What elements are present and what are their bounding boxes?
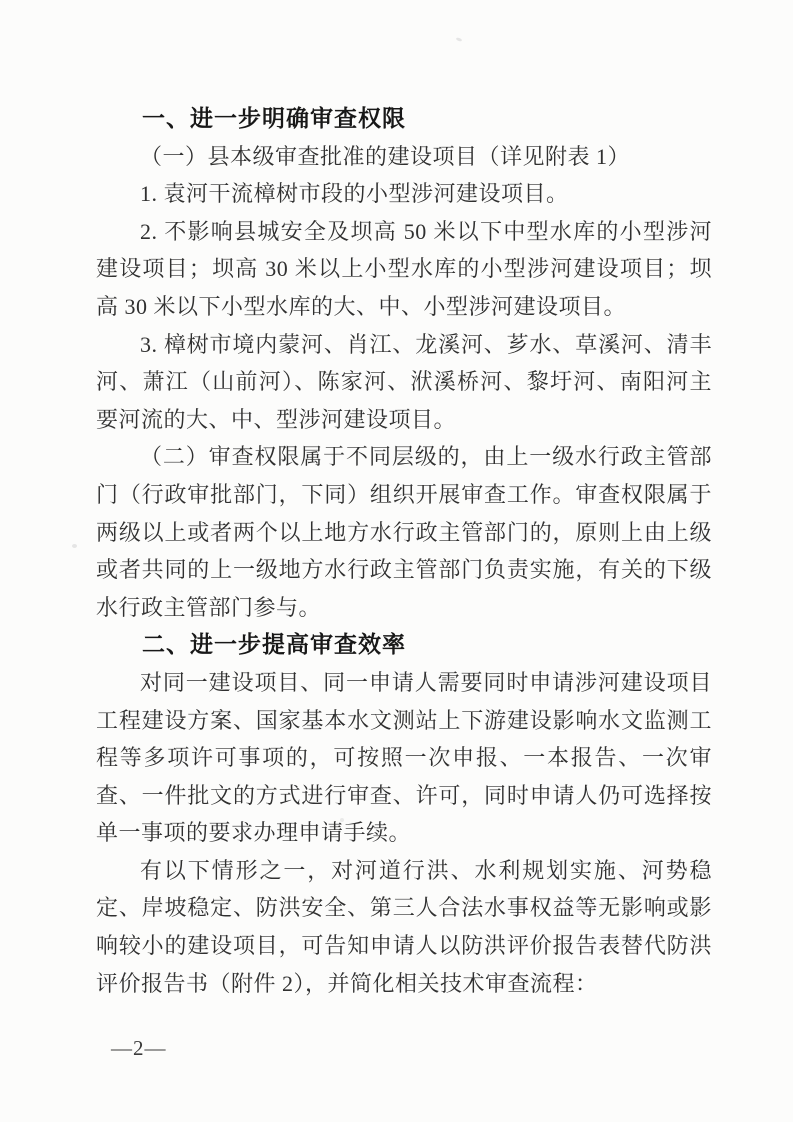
scan-speck <box>72 544 77 548</box>
paragraph-list-item-2: 2. 不影响县城安全及坝高 50 米以下中型水库的小型涉河建设项目；坝高 30 … <box>96 213 712 326</box>
section-heading-1: 一、进一步明确审查权限 <box>96 100 712 138</box>
paragraph-list-item-1: 1. 袁河干流樟树市段的小型涉河建设项目。 <box>96 175 712 213</box>
page-number: —2— <box>111 1036 167 1061</box>
section-heading-2: 二、进一步提高审查效率 <box>96 626 712 664</box>
scan-speck <box>456 37 463 42</box>
scan-speck <box>222 147 227 149</box>
paragraph-combined-permits: 对同一建设项目、同一申请人需要同时申请涉河建设项目工程建设方案、国家基本水文测站… <box>96 664 712 852</box>
paragraph-list-item-3: 3. 樟树市境内蒙河、肖江、龙溪河、芗水、草溪河、清丰河、萧江（山前河）、陈家河… <box>96 326 712 439</box>
scan-speck <box>340 818 344 822</box>
document-body: 一、进一步明确审查权限 （一）县本级审查批准的建设项目（详见附表 1） 1. 袁… <box>96 100 712 1002</box>
paragraph-item-county-level: （一）县本级审查批准的建设项目（详见附表 1） <box>96 138 712 176</box>
paragraph-item-levels: （二）审查权限属于不同层级的，由上一级水行政主管部门（行政审批部门，下同）组织开… <box>96 438 712 626</box>
scanned-document-page: 一、进一步明确审查权限 （一）县本级审查批准的建设项目（详见附表 1） 1. 袁… <box>0 0 793 1122</box>
paragraph-simplified-review: 有以下情形之一，对河道行洪、水利规划实施、河势稳定、岸坡稳定、防洪安全、第三人合… <box>96 852 712 1002</box>
